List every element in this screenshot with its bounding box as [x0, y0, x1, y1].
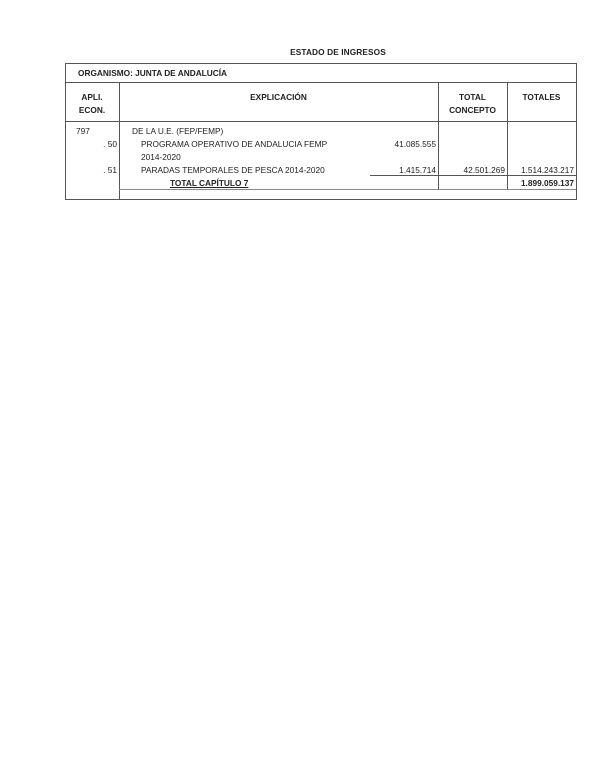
document-title: ESTADO DE INGRESOS — [38, 47, 600, 57]
col-header-totales: TOTALES — [507, 92, 576, 102]
total-chapter-totales: 1.899.059.137 — [507, 178, 574, 188]
col-header-total-concepto: TOTAL — [438, 92, 507, 102]
organism-label: ORGANISMO: JUNTA DE ANDALUCÍA — [78, 68, 227, 78]
row-amount: 1.415.714 — [360, 165, 436, 175]
col-header-total-concepto-2: CONCEPTO — [438, 105, 507, 115]
row-text: PROGRAMA OPERATIVO DE ANDALUCIA FEMP — [141, 139, 327, 149]
row-amount: 41.085.555 — [360, 139, 436, 149]
col-header-explicacion: EXPLICACIÓN — [119, 92, 438, 102]
row-total-concepto: 42.501.269 — [438, 165, 505, 175]
col-header-apli: APLI. — [65, 92, 119, 102]
row-code: 797 — [76, 126, 90, 136]
row-text-continuation: 2014-2020 — [141, 152, 181, 162]
row-text: DE LA U.E. (FEP/FEMP) — [132, 126, 223, 136]
row-code: . 51 — [80, 165, 117, 175]
row-code: . 50 — [80, 139, 117, 149]
row-text: PARADAS TEMPORALES DE PESCA 2014-2020 — [141, 165, 325, 175]
total-chapter-label: TOTAL CAPÍTULO 7 — [170, 178, 248, 188]
col-header-econ: ECON. — [65, 105, 119, 115]
row-totales: 1.514.243.217 — [507, 165, 574, 175]
